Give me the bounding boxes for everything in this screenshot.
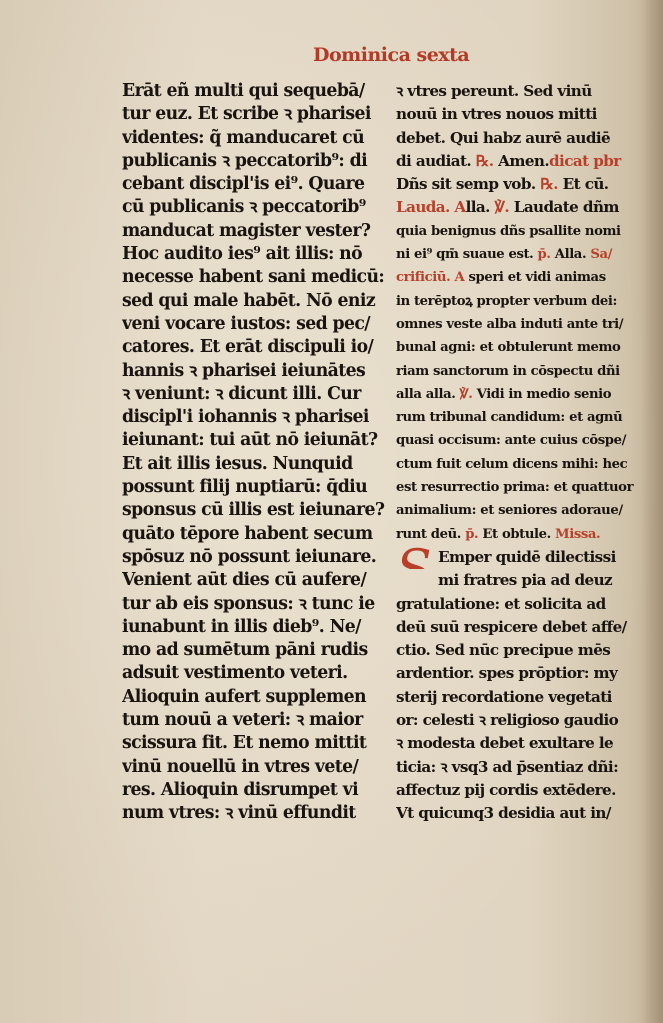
body-text: est resurrectio prima: et quattuor — [396, 480, 633, 495]
text-line: di audiat. ℞. Amen.dicat pbr — [396, 150, 658, 173]
rubric-text: crificiū. A — [396, 270, 464, 285]
text-line: Et ait illis iesus. Nunquid — [122, 453, 390, 476]
running-head: Dominica sexta — [313, 44, 469, 66]
body-text: or: celesti ꝛ religioso gaudio — [396, 711, 618, 729]
manuscript-page: Dominica sexta Erāt eñ multi qui sequebā… — [0, 0, 663, 1023]
text-line: ꝛ modesta debet exultare le — [396, 732, 658, 755]
text-line: tum nouū a veteri: ꝛ maior — [122, 709, 390, 732]
rubric-text: ℞. — [540, 175, 558, 193]
text-line: Dñs sit semp vob. ℞. Et cū. — [396, 173, 658, 196]
body-text: Amen. — [493, 152, 549, 170]
body-text: Alla. — [551, 247, 591, 262]
body-text: ardentior. spes prōptior: my — [396, 664, 617, 682]
text-line: ardentior. spes prōptior: my — [396, 662, 658, 685]
body-text: Vidi in medio senio — [472, 387, 611, 402]
decorated-initial: S — [396, 548, 431, 569]
body-text: ni ei⁹ qm̄ suaue est. — [396, 247, 538, 262]
text-line: deū suū respicere debet affe/ — [396, 616, 658, 639]
text-line: ctum fuit celum dicens mihi: hec — [396, 453, 658, 476]
text-line: num vtres: ꝛ vinū effundit — [122, 802, 390, 825]
text-line: or: celesti ꝛ religioso gaudio — [396, 709, 658, 732]
body-text: quasi occisum: ante cuius cōspe/ — [396, 433, 626, 448]
text-line: scissura fit. Et nemo mittit — [122, 732, 390, 755]
body-text: riam sanctorum in cōspectu dñi — [396, 364, 620, 379]
right-column: ꝛ vtres pereunt. Sed vinūnouū in vtres n… — [396, 80, 658, 826]
rubric-text: Lauda. A — [396, 198, 466, 216]
text-line: riam sanctorum in cōspectu dñi — [396, 360, 658, 383]
body-text: Dñs sit semp vob. — [396, 175, 540, 193]
body-text: Et obtule. — [478, 527, 555, 542]
rubric-text: ℣. — [495, 198, 509, 216]
text-line: iunabunt in illis dieb⁹. Ne/ — [122, 616, 390, 639]
body-text: ticia: ꝛ vsq3 ad p̄sentiaz dñi: — [396, 758, 618, 776]
body-text: ctio. Sed nūc precipue mēs — [396, 641, 610, 659]
body-text: animalium: et seniores adoraue/ — [396, 503, 623, 518]
text-line: ticia: ꝛ vsq3 ad p̄sentiaz dñi: — [396, 756, 658, 779]
rubric-text: p̄. — [465, 527, 478, 542]
left-column: Erāt eñ multi qui sequebā/tur euz. Et sc… — [122, 80, 390, 826]
text-line: sterij recordatione vegetati — [396, 686, 658, 709]
text-line: res. Alioquin disrumpet vi — [122, 779, 390, 802]
body-text: mi fratres pia ad deuz — [438, 571, 612, 589]
text-line: tur euz. Et scribe ꝛ pharisei — [122, 103, 390, 126]
rubric-text: Missa. — [555, 527, 600, 542]
text-line: videntes: q̃ manducaret cū — [122, 127, 390, 150]
text-line: publicanis ꝛ peccatorib⁹: di — [122, 150, 390, 173]
text-line: omnes veste alba induti ante tri/ — [396, 313, 658, 336]
body-text: alla alla. — [396, 387, 460, 402]
rubric-text: ℣. — [460, 387, 473, 402]
text-line: mi fratres pia ad deuz — [396, 569, 658, 592]
text-line: quasi occisum: ante cuius cōspe/ — [396, 429, 658, 452]
text-line: ctio. Sed nūc precipue mēs — [396, 639, 658, 662]
text-line: mo ad sumētum pāni rudis — [122, 639, 390, 662]
text-line: rum tribunal candidum: et agnū — [396, 406, 658, 429]
text-line: necesse habent sani medicū: — [122, 266, 390, 289]
text-line: Alioquin aufert supplemen — [122, 686, 390, 709]
text-line: ni ei⁹ qm̄ suaue est. p̄. Alla. Sa/ — [396, 243, 658, 266]
text-line: quāto tēpore habent secum — [122, 523, 390, 546]
body-text: di audiat. — [396, 152, 476, 170]
rubric-text: ℞. — [476, 152, 494, 170]
body-text: ꝛ modesta debet exultare le — [396, 734, 613, 752]
text-line: est resurrectio prima: et quattuor — [396, 476, 658, 499]
body-text: in terēptoꝝ propter verbum dei: — [396, 294, 617, 309]
body-text: runt deū. — [396, 527, 465, 542]
body-text: lla. — [466, 198, 495, 216]
rubric-text: p̄. — [538, 247, 551, 262]
body-text: rum tribunal candidum: et agnū — [396, 410, 622, 425]
text-line: catores. Et erāt discipuli io/ — [122, 336, 390, 359]
text-line: Venient aūt dies cū aufere/ — [122, 569, 390, 592]
text-line: affectuz pij cordis extēdere. — [396, 779, 658, 802]
text-line: crificiū. A speri et vidi animas — [396, 266, 658, 289]
body-text: ctum fuit celum dicens mihi: hec — [396, 457, 627, 472]
text-line: nouū in vtres nouos mitti — [396, 103, 658, 126]
body-text: quia benignus dñs psallite nomi — [396, 224, 621, 239]
text-line: sed qui male habēt. Nō eniz — [122, 290, 390, 313]
text-line: Erāt eñ multi qui sequebā/ — [122, 80, 390, 103]
body-text: deū suū respicere debet affe/ — [396, 618, 627, 636]
text-line: ieiunant: tui aūt nō ieiunāt? — [122, 429, 390, 452]
body-text: Laudate dñm — [509, 198, 619, 216]
text-line: cū publicanis ꝛ peccatorib⁹ — [122, 196, 390, 219]
text-line: ꝛ vtres pereunt. Sed vinū — [396, 80, 658, 103]
text-line: ꝛ veniunt: ꝛ dicunt illi. Cur — [122, 383, 390, 406]
body-text: sterij recordatione vegetati — [396, 688, 612, 706]
text-line: sponsus cū illis est ieiunare? — [122, 499, 390, 522]
rubric-text: Sa/ — [590, 247, 612, 262]
text-line: veni vocare iustos: sed pec/ — [122, 313, 390, 336]
text-line: Lauda. Alla. ℣. Laudate dñm — [396, 196, 658, 219]
body-text: affectuz pij cordis extēdere. — [396, 781, 616, 799]
text-line: runt deū. p̄. Et obtule. Missa. — [396, 523, 658, 546]
text-line: SEmper quidē dilectissi — [396, 546, 658, 569]
text-line: animalium: et seniores adoraue/ — [396, 499, 658, 522]
body-text: omnes veste alba induti ante tri/ — [396, 317, 623, 332]
body-text: bunal agni: et obtulerunt memo — [396, 340, 620, 355]
text-line: debet. Qui habz aurē audiē — [396, 127, 658, 150]
body-text: debet. Qui habz aurē audiē — [396, 129, 610, 147]
text-line: bunal agni: et obtulerunt memo — [396, 336, 658, 359]
rubric-text: dicat pbr — [549, 152, 621, 170]
text-line: hannis ꝛ pharisei ieiunātes — [122, 360, 390, 383]
body-text: speri et vidi animas — [464, 270, 605, 285]
text-line: Vt quicunq3 desidia aut in/ — [396, 802, 658, 825]
text-line: in terēptoꝝ propter verbum dei: — [396, 290, 658, 313]
body-text: Emper quidē dilectissi — [438, 548, 616, 566]
text-line: quia benignus dñs psallite nomi — [396, 220, 658, 243]
body-text: Vt quicunq3 desidia aut in/ — [396, 804, 611, 822]
text-line: manducat magister vester? — [122, 220, 390, 243]
text-line: possunt filij nuptiarū: q̄diu — [122, 476, 390, 499]
text-line: alla alla. ℣. Vidi in medio senio — [396, 383, 658, 406]
text-line: tur ab eis sponsus: ꝛ tunc ie — [122, 593, 390, 616]
text-line: adsuit vestimento veteri. — [122, 662, 390, 685]
body-text: nouū in vtres nouos mitti — [396, 105, 597, 123]
text-line: gratulatione: et solicita ad — [396, 593, 658, 616]
body-text: Et cū. — [558, 175, 609, 193]
text-line: cebant discipl'is ei⁹. Quare — [122, 173, 390, 196]
text-line: Hoc audito ies⁹ ait illis: nō — [122, 243, 390, 266]
text-line: vinū nouellū in vtres vete/ — [122, 756, 390, 779]
body-text: gratulatione: et solicita ad — [396, 595, 606, 613]
text-line: spōsuz nō possunt ieiunare. — [122, 546, 390, 569]
text-line: discipl'i iohannis ꝛ pharisei — [122, 406, 390, 429]
body-text: ꝛ vtres pereunt. Sed vinū — [396, 82, 592, 100]
